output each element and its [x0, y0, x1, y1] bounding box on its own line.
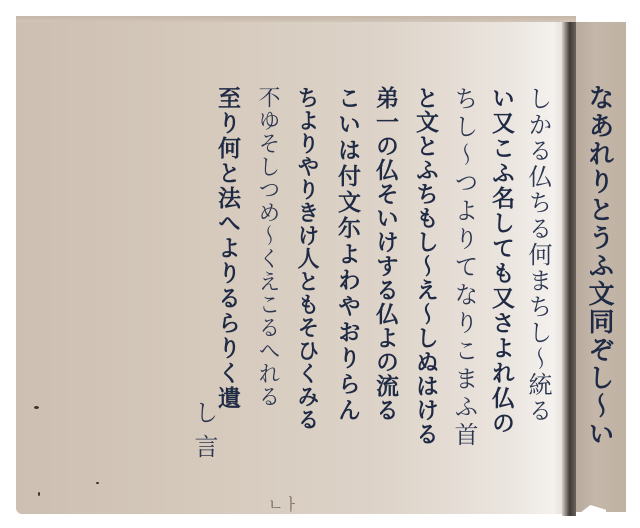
main-column-9: 至り何と法へよりるらりく遺: [216, 86, 239, 411]
main-column-7: ちよりやりきけ人ともそひくみる: [296, 86, 318, 431]
ink-stamp-mark: ㄴㅏ: [268, 492, 299, 515]
main-column-4: と文とふちもし〜え〜しぬはける: [414, 86, 437, 446]
paper-speck: [34, 406, 39, 409]
main-column-6: こいは付文尓よわやおりらん: [336, 86, 359, 424]
page-top-edge: [16, 16, 576, 22]
book-gutter: [562, 22, 576, 516]
main-column-2: い又こふ名しても又さよれ仏の: [490, 86, 513, 436]
main-column-10: し言: [192, 400, 216, 468]
next-page-column-1: なあれりとうふ文同ぞし〜い: [586, 84, 612, 448]
main-column-1: しかる仏ちる何まちし〜統る: [526, 86, 550, 424]
paper-speck: [38, 492, 40, 496]
main-column-3: ちし〜つよりてなりこまふ首: [452, 86, 476, 450]
main-column-5: 弟一の仏そいけする仏よの流る: [374, 86, 397, 422]
manuscript-photo: なあれりとうふ文同ぞし〜い しかる仏ちる何まちし〜統る い又こふ名しても又さよれ…: [0, 0, 640, 528]
paper-speck: [96, 482, 99, 484]
main-column-8: 不ゆそしつめ〜くえこるへれる: [256, 86, 278, 408]
